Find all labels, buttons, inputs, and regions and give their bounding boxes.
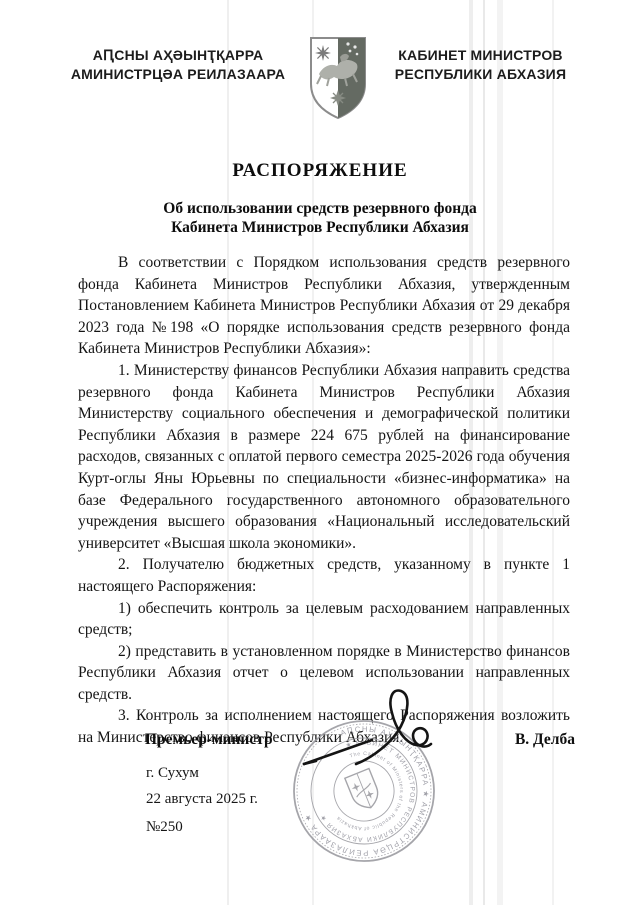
signer-role: Премьер-министр: [145, 731, 273, 749]
org-name-abkhazian-line2: АМИНИСТРЦӘА РЕИЛАЗААРА: [58, 65, 298, 84]
signature-row: Премьер-министр В. Делба: [145, 731, 575, 749]
paragraph-item-1: 1. Министерству финансов Республики Абха…: [78, 360, 570, 554]
org-name-russian-line1: КАБИНЕТ МИНИСТРОВ: [383, 46, 578, 65]
document-subject: Об использовании средств резервного фонд…: [0, 199, 640, 237]
org-name-russian: КАБИНЕТ МИНИСТРОВ РЕСПУБЛИКИ АБХАЗИЯ: [383, 46, 578, 84]
document-subject-line2: Кабинета Министров Республики Абхазия: [0, 218, 640, 237]
document-type-title: РАСПОРЯЖЕНИЕ: [0, 160, 640, 182]
document-subject-line1: Об использовании средств резервного фонд…: [0, 199, 640, 218]
paragraph-preamble: В соответствии с Порядком использования …: [78, 252, 570, 360]
document-body: В соответствии с Порядком использования …: [78, 252, 570, 749]
org-name-russian-line2: РЕСПУБЛИКИ АБХАЗИЯ: [383, 65, 578, 84]
issue-details: г. Сухум 22 августа 2025 г. №250: [146, 765, 258, 845]
abkhazia-coat-of-arms-icon: [307, 36, 369, 120]
paragraph-item-2: 2. Получателю бюджетных средств, указанн…: [78, 554, 570, 597]
org-name-abkhazian: АԤСНЫ АҲӘЫНҬҚАРРА АМИНИСТРЦӘА РЕИЛАЗААРА: [58, 46, 298, 84]
document-number: №250: [146, 819, 258, 836]
issue-place: г. Сухум: [146, 765, 258, 782]
signer-name: В. Делба: [515, 731, 575, 749]
decree-document-page: АԤСНЫ АҲӘЫНҬҚАРРА АМИНИСТРЦӘА РЕИЛАЗААРА: [0, 0, 640, 905]
issue-date: 22 августа 2025 г.: [146, 791, 258, 808]
paragraph-subitem-1: 1) обеспечить контроль за целевым расход…: [78, 598, 570, 641]
org-name-abkhazian-line1: АԤСНЫ АҲӘЫНҬҚАРРА: [58, 46, 298, 65]
